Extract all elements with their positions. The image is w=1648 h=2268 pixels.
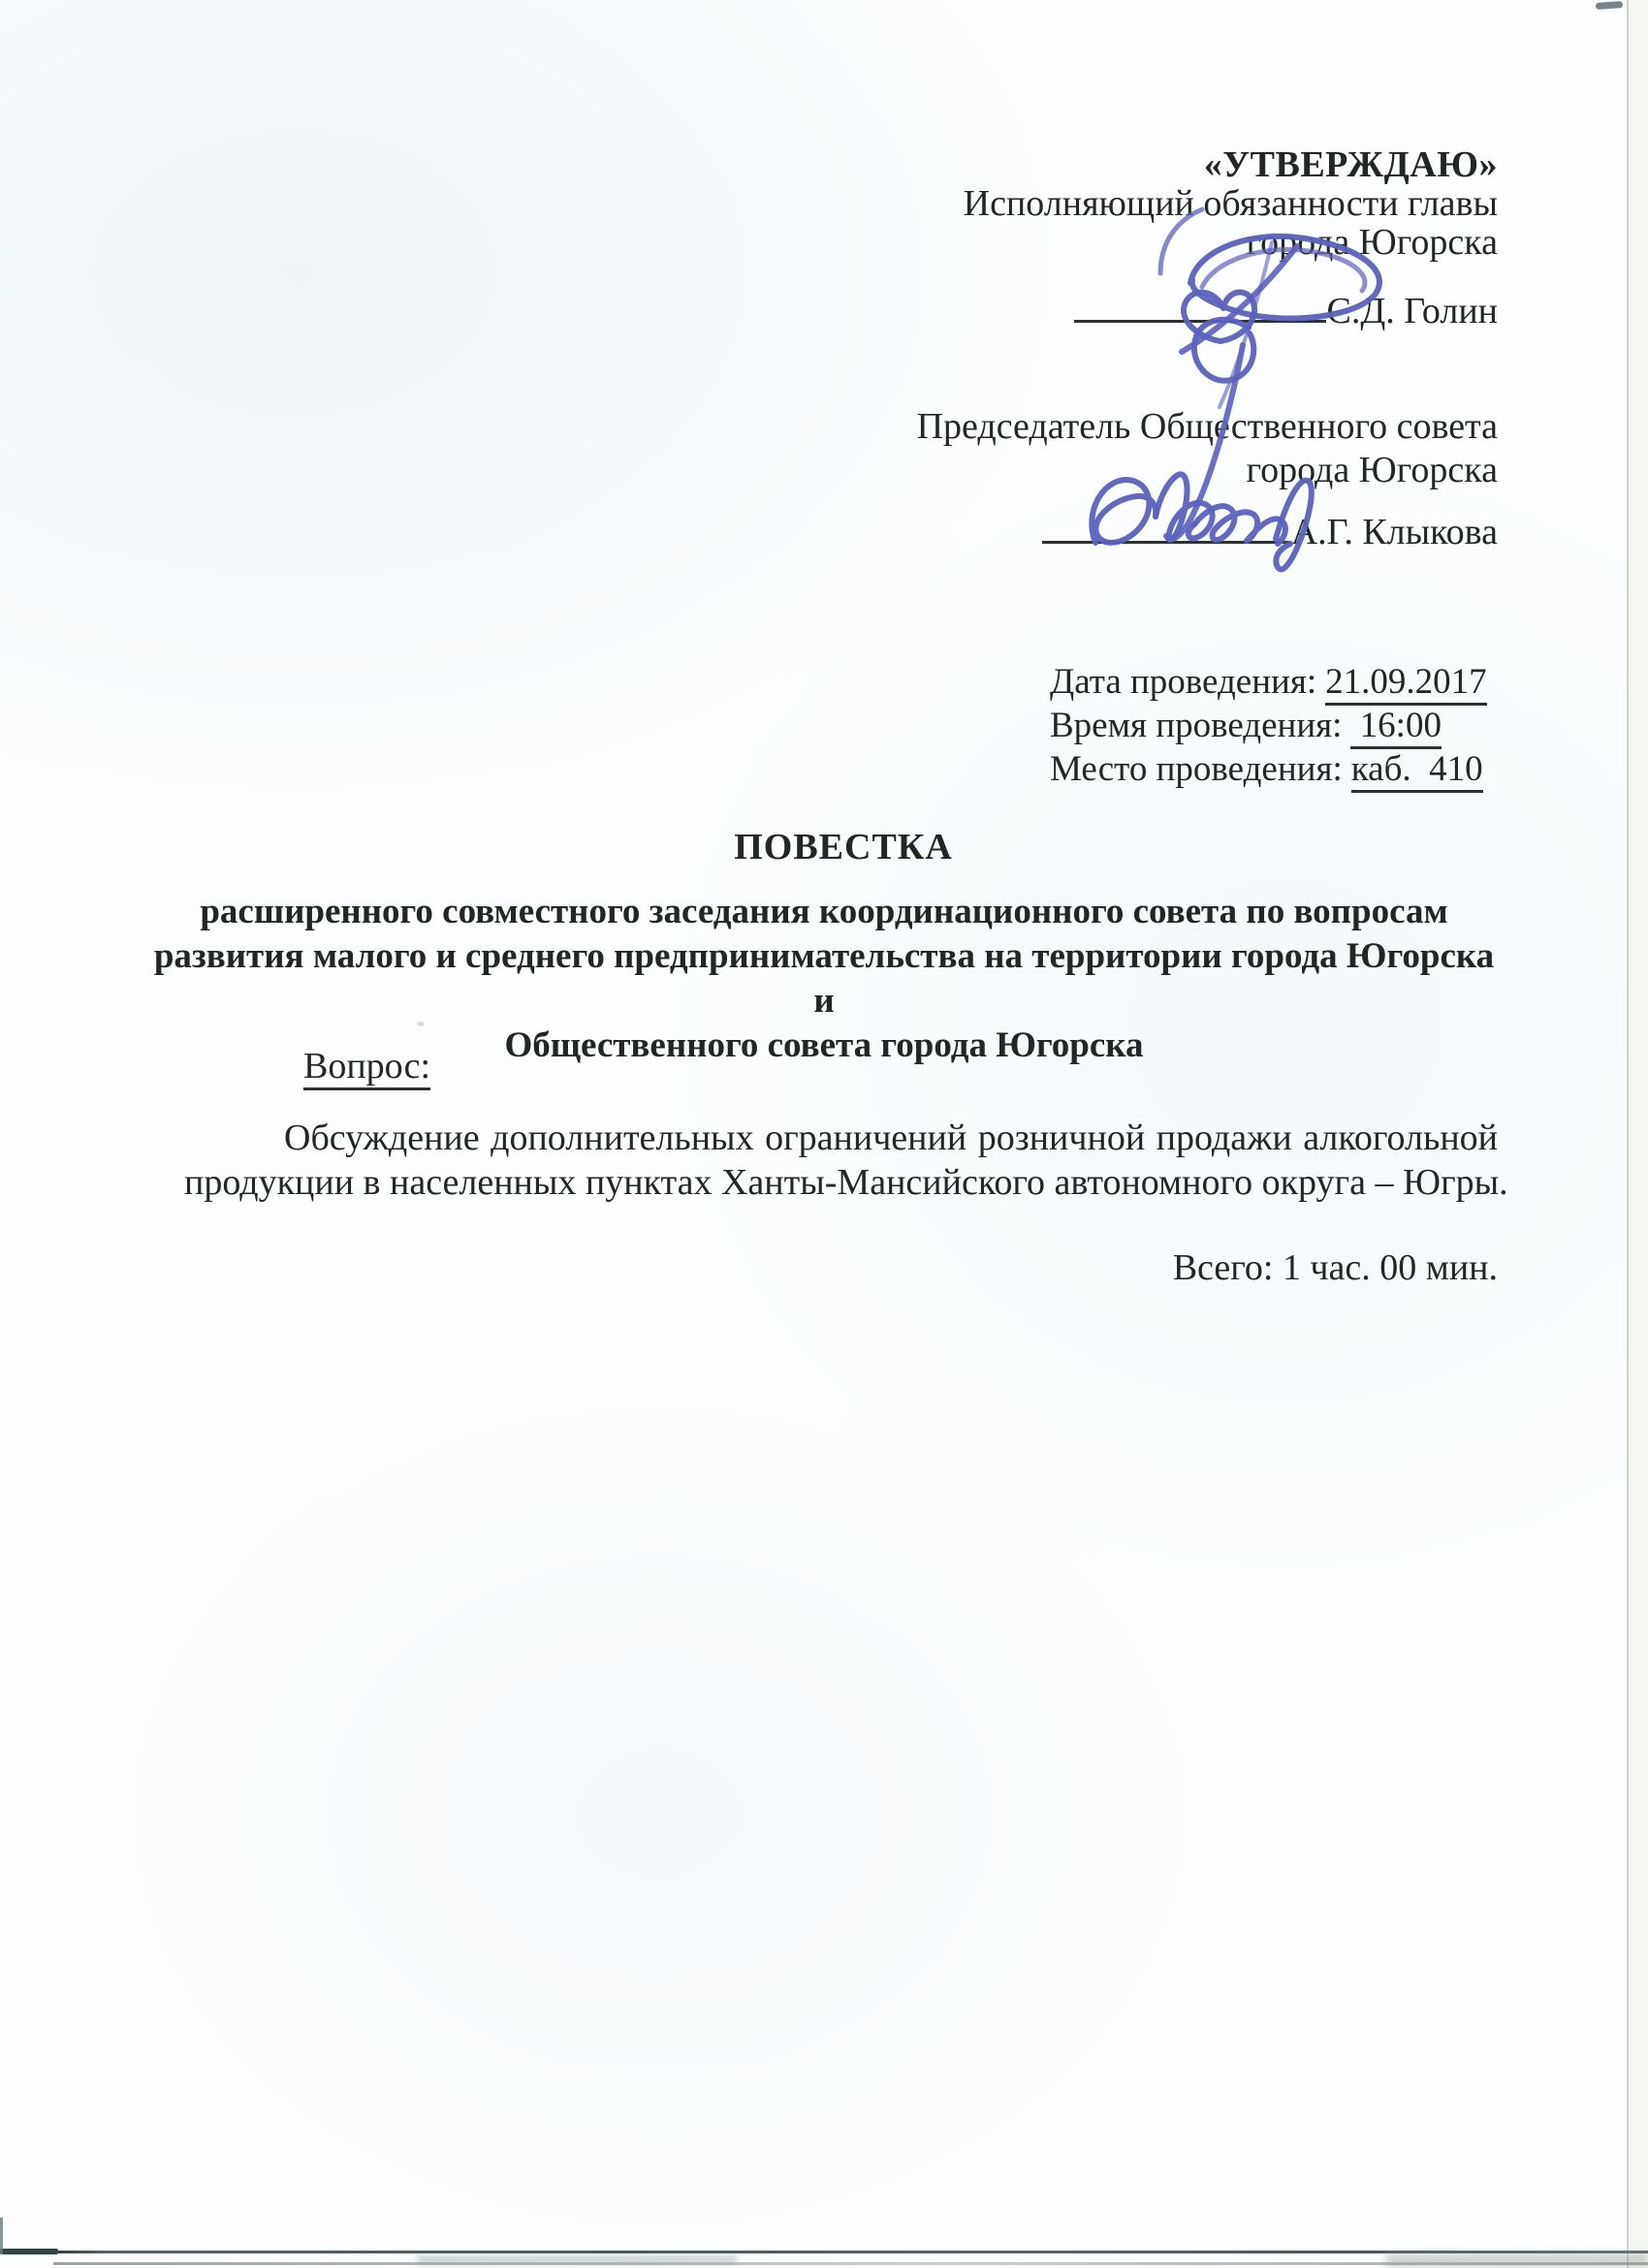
- scan-smudge: [417, 2255, 737, 2264]
- chairman-block: Председатель Общественного совета города…: [917, 405, 1498, 492]
- signature-rule: [1042, 512, 1291, 544]
- approver-role-line2: города Югорска: [964, 223, 1498, 262]
- paper-right-edge: [1627, 0, 1648, 2268]
- scan-smudge: [1386, 2253, 1648, 2267]
- date-value: 21.09.2017: [1325, 662, 1487, 706]
- agenda-subtitle: расширенного совместного заседания коорд…: [145, 890, 1503, 1068]
- question-text-line1: Обсуждение дополнительных ограничений ро…: [284, 1117, 1498, 1159]
- scanned-document-page: «УТВЕРЖДАЮ» Исполняющий обязанности глав…: [0, 0, 1648, 2268]
- meeting-place-row: Место проведения:каб. 410: [1050, 747, 1487, 791]
- meeting-time-row: Время проведения: 16:00: [1050, 704, 1487, 747]
- question-label-row: Вопрос:: [303, 1045, 430, 1087]
- meeting-details: Дата проведения:21.09.2017 Время проведе…: [1050, 660, 1487, 791]
- approval-block: «УТВЕРЖДАЮ» Исполняющий обязанности глав…: [964, 145, 1498, 262]
- scan-speck: [1596, 1, 1623, 10]
- signature-rule: [1074, 291, 1326, 323]
- approver-signature-line: С.Д. Голин: [1074, 291, 1498, 331]
- approver-name: С.Д. Голин: [1326, 291, 1498, 331]
- time-label: Время проведения:: [1050, 706, 1342, 745]
- agenda-heading: ПОВЕСТКА: [184, 826, 1503, 868]
- chair-name: А.Г. Клыкова: [1291, 512, 1498, 552]
- time-value: 16:00: [1350, 706, 1442, 749]
- subtitle-line: расширенного совместного заседания коорд…: [145, 890, 1503, 934]
- place-value: каб. 410: [1351, 749, 1483, 793]
- scan-left-corner-tick: [0, 2218, 3, 2254]
- question-label: Вопрос:: [303, 1046, 430, 1090]
- approver-role-line1: Исполняющий обязанности главы: [964, 184, 1498, 223]
- date-label: Дата проведения:: [1050, 662, 1316, 702]
- place-label: Место проведения:: [1050, 749, 1343, 789]
- scan-dot: [417, 1022, 425, 1026]
- question-text-line2: продукции в населенных пунктах Ханты-Ман…: [184, 1161, 1512, 1204]
- subtitle-line: развития малого и среднего предпринимате…: [145, 934, 1503, 1024]
- scan-bottom-edge-dark-cap: [0, 2249, 58, 2254]
- chair-signature-line: А.Г. Клыкова: [1042, 512, 1498, 551]
- duration-total: Всего: 1 час. 00 мин.: [1173, 1246, 1498, 1289]
- approval-stamp: «УТВЕРЖДАЮ»: [964, 145, 1498, 184]
- chair-role-line1: Председатель Общественного совета: [917, 405, 1498, 449]
- chair-role-line2: города Югорска: [917, 449, 1498, 492]
- meeting-date-row: Дата проведения:21.09.2017: [1050, 660, 1487, 704]
